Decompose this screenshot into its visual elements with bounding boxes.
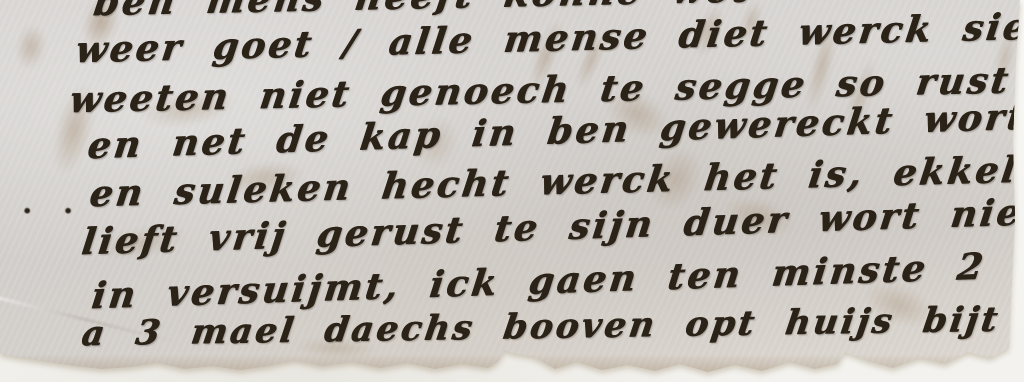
manuscript-scan: ben mens heeft konne wet weer goet / all… xyxy=(0,0,1024,382)
ink-stain xyxy=(12,22,50,73)
manuscript-paper: ben mens heeft konne wet weer goet / all… xyxy=(0,0,1024,382)
margin-ink-dots: . . xyxy=(22,186,83,221)
